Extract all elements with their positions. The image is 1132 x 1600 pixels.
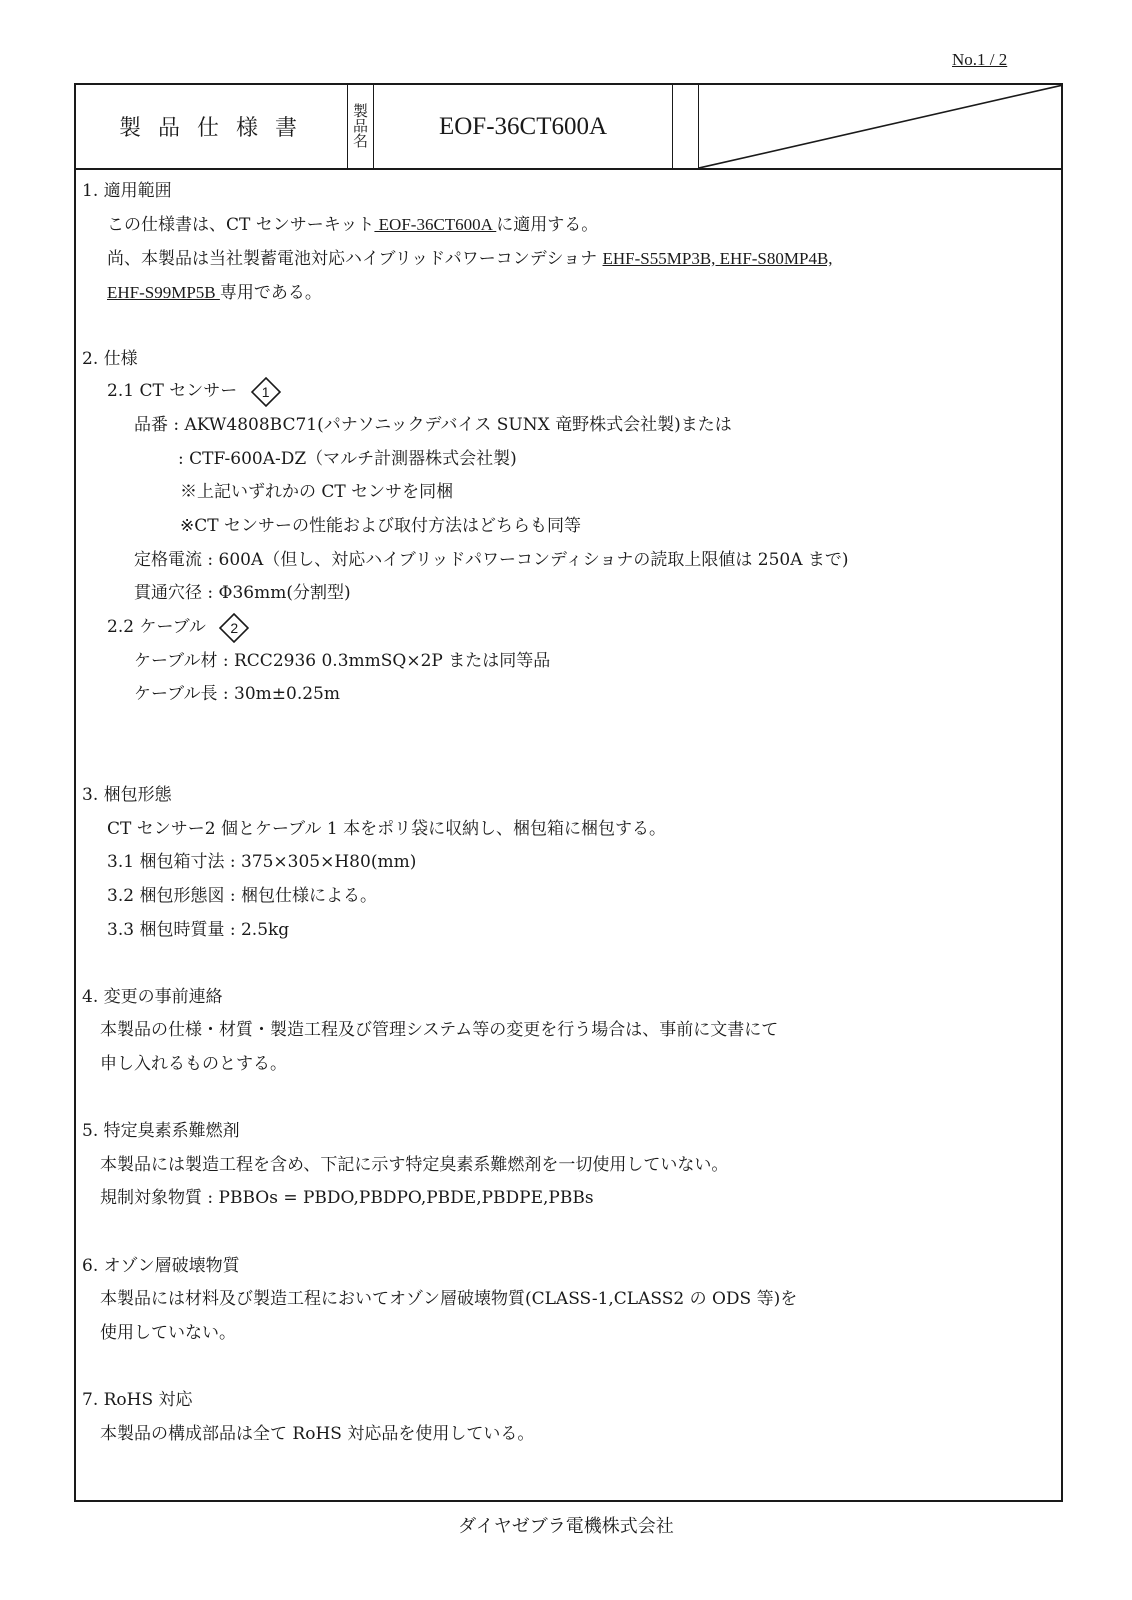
section-6-line-1: 本製品には材料及び製造工程においてオゾン層破壊物質(CLASS-1,CLASS2… <box>100 1283 797 1317</box>
product-name-label: 製 品 名 <box>348 85 374 168</box>
section-3-body: CT センサー2 個とケーブル 1 本をポリ袋に収納し、梱包箱に梱包する。 <box>107 813 666 847</box>
section-7-line-1: 本製品の構成部品は全て RoHS 対応品を使用している。 <box>100 1418 534 1452</box>
section-2-heading: 2. 仕様 <box>82 343 138 377</box>
section-4-line-1: 本製品の仕様・材質・製造工程及び管理システム等の変更を行う場合は、事前に文書にて <box>100 1014 778 1048</box>
cable-length: ケーブル長 : 30m±0.25m <box>134 678 340 712</box>
part-number-1: 品番 : AKW4808BC71(パナソニックデバイス SUNX 竜野株式会社製… <box>134 409 732 443</box>
section-7-heading: 7. RoHS 対応 <box>82 1384 193 1418</box>
cable-material: ケーブル材 : RCC2936 0.3mmSQ×2P または同等品 <box>134 645 550 679</box>
compatible-model: EHF-S99MP5B <box>107 283 220 302</box>
compatible-models: EHF-S55MP3B, EHF-S80MP4B, <box>603 249 833 268</box>
section-1-line-1: この仕様書は、CT センサーキット EOF-36CT600A に適用する。 <box>107 208 598 243</box>
section-3-heading: 3. 梱包形態 <box>82 779 172 813</box>
product-name: EOF-36CT600A <box>374 85 673 168</box>
section-1-line-3: EHF-S99MP5B 専用である。 <box>107 276 322 311</box>
header-table: 製品仕様書 製 品 名 EOF-36CT600A <box>76 85 1061 170</box>
section-1-line-2: 尚、本製品は当社製蓄電池対応ハイブリッドパワーコンデショナ EHF-S55MP3… <box>107 242 833 277</box>
marker-diamond-icon: 1 <box>251 377 281 407</box>
section-5-line-2: 規制対象物質 : PBBOs = PBDO,PBDPO,PBDE,PBDPE,P… <box>100 1182 594 1216</box>
package-weight: 3.3 梱包時質量 : 2.5kg <box>107 914 289 948</box>
spec-sheet-frame: 製品仕様書 製 品 名 EOF-36CT600A 1. 適用範囲 この仕様書は、… <box>74 83 1063 1502</box>
section-4-line-2: 申し入れるものとする。 <box>100 1048 287 1082</box>
package-diagram: 3.2 梱包形態図 : 梱包仕様による。 <box>107 880 377 914</box>
note-2: ※CT センサーの性能および取付方法はどちらも同等 <box>180 510 581 544</box>
section-6-heading: 6. オゾン層破壊物質 <box>82 1250 240 1284</box>
narrow-blank-cell <box>673 85 699 168</box>
struck-out-cell <box>699 85 1063 168</box>
hole-diameter: 貫通穴径 : Φ36mm(分割型) <box>134 577 351 611</box>
section-1-heading: 1. 適用範囲 <box>82 175 172 209</box>
document-title: 製品仕様書 <box>76 85 348 168</box>
diagonal-strike-icon <box>699 85 1063 168</box>
part-number-2: : CTF-600A-DZ（マルチ計測器株式会社製) <box>178 443 517 477</box>
package-dimensions: 3.1 梱包箱寸法 : 375×305×H80(mm) <box>107 846 416 880</box>
section-5-line-1: 本製品には製造工程を含め、下記に示す特定臭素系難燃剤を一切使用していない。 <box>100 1149 728 1183</box>
rated-current: 定格電流 : 600A（但し、対応ハイブリッドパワーコンディショナの読取上限値は… <box>134 544 849 578</box>
section-4-heading: 4. 変更の事前連絡 <box>82 981 223 1015</box>
subsection-2-2-heading: 2.2 ケーブル 2 <box>107 611 249 645</box>
page-number: No.1 / 2 <box>952 50 1007 70</box>
company-name: ダイヤゼブラ電機株式会社 <box>0 1512 1132 1538</box>
section-6-line-2: 使用していない。 <box>100 1317 236 1351</box>
section-5-heading: 5. 特定臭素系難燃剤 <box>82 1115 240 1149</box>
marker-diamond-icon: 2 <box>219 613 249 643</box>
subsection-2-1-heading: 2.1 CT センサー 1 <box>107 375 281 409</box>
note-1: ※上記いずれかの CT センサを同梱 <box>180 476 453 510</box>
model-ref: EOF-36CT600A <box>374 215 496 234</box>
